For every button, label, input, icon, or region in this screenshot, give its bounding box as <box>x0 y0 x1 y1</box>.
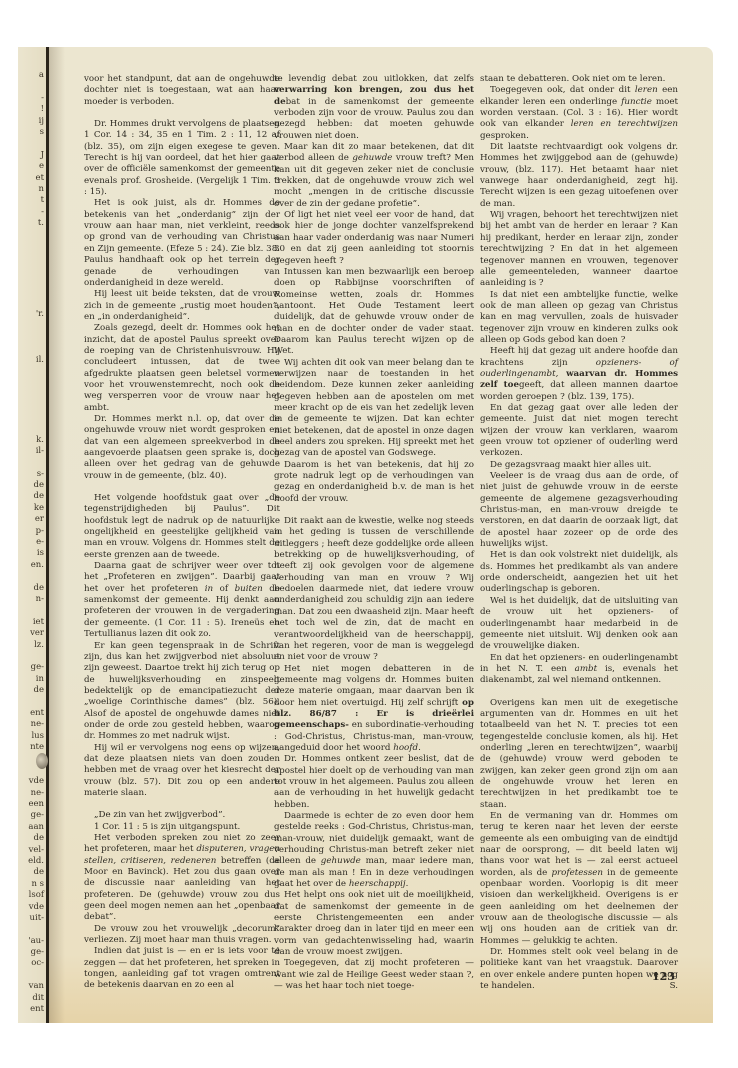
paragraph: „De zin van het zwijgverbod”. <box>84 810 280 821</box>
margin-fragment: lz. <box>20 640 44 651</box>
margin-fragment <box>20 264 44 275</box>
margin-fragment: een <box>20 799 44 810</box>
margin-fragment <box>20 924 44 935</box>
previous-page-text-fragments: a-!ijsJeetnt-t.'r.il.k.il-s-dedekeerp-e-… <box>20 70 44 970</box>
paragraph: De gezagsvraag maakt hier alles uit. <box>480 460 678 471</box>
margin-fragment <box>20 366 44 377</box>
staple-hole <box>36 753 48 769</box>
margin-fragment <box>20 696 44 707</box>
paragraph: Daarna gaat de schrijver weer over tot h… <box>84 561 280 640</box>
margin-fragment: n- <box>20 594 44 605</box>
margin-fragment: a <box>20 70 44 81</box>
margin-fragment: oc- <box>20 958 44 969</box>
margin-fragment: vel- <box>20 845 44 856</box>
margin-fragment: is <box>20 548 44 559</box>
margin-fragment: t <box>20 195 44 206</box>
paragraph: Intussen kan men bezwaarlijk een beroep … <box>274 267 474 358</box>
margin-fragment <box>20 389 44 400</box>
paragraph: Het verboden spreken zou niet zo zeer he… <box>84 833 280 924</box>
paragraph: Het niet mogen debatteren in de gemeente… <box>274 664 474 755</box>
paragraph: Veeleer is de vraag dus aan de orde, of … <box>480 471 678 550</box>
margin-fragment: et <box>20 173 44 184</box>
margin-fragment <box>20 423 44 434</box>
margin-fragment <box>20 286 44 297</box>
margin-fragment: vde <box>20 902 44 913</box>
margin-fragment <box>20 400 44 411</box>
margin-fragment: iet <box>20 617 44 628</box>
paragraph: Dr. Hommes drukt vervolgens de plaatsen … <box>84 119 280 198</box>
margin-fragment: ke <box>20 503 44 514</box>
paragraph: Indien dat juist is — en er is iets voor… <box>84 946 280 991</box>
paragraph: Hij wil er vervolgens nog eens op wijzen… <box>84 743 280 800</box>
margin-fragment: dit <box>20 993 44 1004</box>
margin-fragment <box>20 229 44 240</box>
paragraph: Er kan geen tegenspraak in de Schrift zi… <box>84 641 280 743</box>
text-column-2: te levendig debat zou uitlokken, dat zel… <box>274 74 474 993</box>
margin-fragment: er <box>20 514 44 525</box>
margin-fragment: ver <box>20 628 44 639</box>
margin-fragment: van <box>20 981 44 992</box>
paragraph: Dr. Hommes stelt ook veel belang in de p… <box>480 947 678 992</box>
paragraph: De vrouw zou het vrouwelijk „decorum” ve… <box>84 924 280 947</box>
paragraph: Daarmede is echter de zo even door hem g… <box>274 811 474 890</box>
paragraph: Het helpt ons ook niet uit de moeilijkhe… <box>274 890 474 958</box>
margin-fragment <box>20 378 44 389</box>
margin-fragment: n s <box>20 879 44 890</box>
margin-fragment: il. <box>20 355 44 366</box>
margin-fragment: ge- <box>20 947 44 958</box>
margin-fragment: ge- <box>20 810 44 821</box>
margin-fragment: lus <box>20 731 44 742</box>
text-column-3: staan te debatteren. Ook niet om te lere… <box>480 74 678 993</box>
paragraph: Of ligt het niet veel eer voor de hand, … <box>274 210 474 267</box>
margin-fragment: de <box>20 867 44 878</box>
margin-fragment <box>20 298 44 309</box>
gutter-shadow <box>49 47 65 1023</box>
page-number: 123 <box>652 970 675 983</box>
margin-fragment: lsof <box>20 890 44 901</box>
margin-fragment: de <box>20 583 44 594</box>
margin-fragment: nte <box>20 742 44 753</box>
margin-fragment: uit- <box>20 913 44 924</box>
margin-fragment <box>20 332 44 343</box>
margin-fragment <box>20 412 44 423</box>
margin-fragment: 'r. <box>20 309 44 320</box>
margin-fragment: de <box>20 685 44 696</box>
margin-fragment: k. <box>20 435 44 446</box>
paragraph: Wij achten dit ook van meer belang dan t… <box>274 358 474 460</box>
margin-fragment: ! <box>20 104 44 115</box>
paragraph: Dr. Hommes merkt n.l. op, dat over de on… <box>84 414 280 482</box>
margin-fragment: ent <box>20 708 44 719</box>
margin-fragment: eld. <box>20 856 44 867</box>
margin-fragment: en. <box>20 560 44 571</box>
paragraph: Daarom is het van betekenis, dat hij zo … <box>274 460 474 505</box>
margin-fragment <box>20 252 44 263</box>
margin-fragment <box>20 81 44 92</box>
margin-fragment: aan <box>20 822 44 833</box>
margin-fragment: ij <box>20 116 44 127</box>
margin-fragment <box>20 241 44 252</box>
margin-fragment: n <box>20 184 44 195</box>
paragraph: Het is dan ook volstrekt niet duidelijk,… <box>480 550 678 595</box>
paragraph: Wij vragen, behoort het terechtwijzen ni… <box>480 210 678 289</box>
margin-fragment: - <box>20 207 44 218</box>
margin-fragment: - <box>20 93 44 104</box>
margin-fragment: t. <box>20 218 44 229</box>
margin-fragment: s- <box>20 469 44 480</box>
margin-fragment: ne- <box>20 719 44 730</box>
paragraph: voor het standpunt, dat aan de ongehuwde… <box>84 74 280 108</box>
margin-fragment: e- <box>20 537 44 548</box>
margin-fragment: de <box>20 833 44 844</box>
margin-fragment: vde <box>20 776 44 787</box>
margin-fragment: s <box>20 127 44 138</box>
margin-fragment: de <box>20 480 44 491</box>
margin-fragment <box>20 138 44 149</box>
margin-fragment <box>20 457 44 468</box>
paragraph: te levendig debat zou uitlokken, dat zel… <box>274 74 474 142</box>
margin-fragment: in <box>20 674 44 685</box>
margin-fragment <box>20 343 44 354</box>
margin-fragment <box>20 321 44 332</box>
margin-fragment: ge- <box>20 662 44 673</box>
paragraph: Het is ook juist, als dr. Hommes de bete… <box>84 198 280 289</box>
paragraph: Toegegeven ook, dat onder dit leren een … <box>480 85 678 142</box>
margin-fragment: de <box>20 491 44 502</box>
paragraph: Heeft hij dat gezag uit andere hoofde da… <box>480 346 678 403</box>
paragraph: Hij leest uit beide teksten, dat de vrou… <box>84 289 280 323</box>
paragraph: Maar kan dit zo maar betekenen, dat dit … <box>274 142 474 210</box>
margin-fragment: il- <box>20 446 44 457</box>
paragraph: Dr. Hommes ontkent zeer beslist, dat de … <box>274 754 474 811</box>
margin-fragment <box>20 970 44 981</box>
margin-fragment: p- <box>20 526 44 537</box>
paragraph: 1 Cor. 11 : 5 is zijn uitgangspunt. <box>84 822 280 833</box>
margin-fragment <box>20 651 44 662</box>
paragraph: Dit raakt aan de kwestie, welke nog stee… <box>274 516 474 663</box>
paragraph: Wel is het duidelijk, dat de uitsluiting… <box>480 596 678 653</box>
paragraph: Is dat niet een ambtelijke functie, welk… <box>480 290 678 347</box>
paragraph: Het volgende hoofdstuk gaat over „de teg… <box>84 493 280 561</box>
margin-fragment <box>20 275 44 286</box>
margin-fragment: ne- <box>20 788 44 799</box>
margin-fragment: e <box>20 161 44 172</box>
paragraph: Zoals gezegd, deelt dr. Hommes ook het i… <box>84 323 280 414</box>
margin-fragment: ent <box>20 1004 44 1015</box>
text-column-1: voor het standpunt, dat aan de ongehuwde… <box>84 74 280 992</box>
paragraph: Toegegeven, dat zij mocht profeteren — w… <box>274 958 474 992</box>
paragraph: En de vermaning van dr. Hommes om terug … <box>480 811 678 947</box>
paragraph: Overigens kan men uit de exegetische arg… <box>480 698 678 811</box>
margin-fragment: J <box>20 150 44 161</box>
margin-fragment <box>20 571 44 582</box>
margin-fragment: 'au- <box>20 936 44 947</box>
margin-fragment <box>20 605 44 616</box>
paragraph: staan te debatteren. Ook niet om te lere… <box>480 74 678 85</box>
paragraph: En dat gezag gaat over alle leden der ge… <box>480 403 678 460</box>
paragraph: Dit laatste rechtvaardigt ook volgens dr… <box>480 142 678 210</box>
paragraph: En dat het opzieners- en ouderlingenambt… <box>480 653 678 687</box>
